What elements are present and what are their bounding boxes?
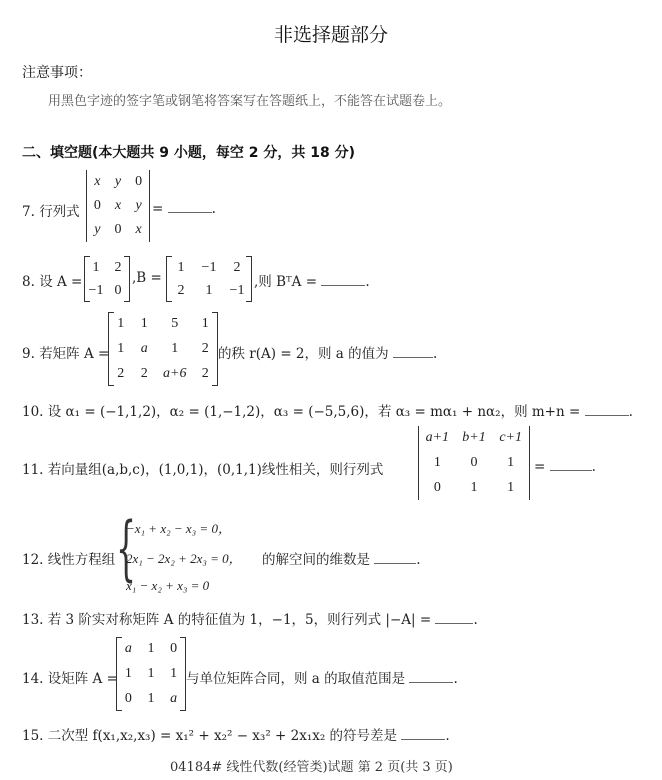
answer-blank-q11[interactable]	[550, 458, 592, 471]
section-heading: 二、填空题(本大题共 9 小题，每空 2 分，共 18 分)	[22, 142, 355, 162]
question-text: 14. 设矩阵 A =	[22, 667, 118, 687]
question-text: 的解空间的维数是	[262, 552, 370, 568]
page-title: 非选择题部分	[0, 20, 662, 47]
period: .	[212, 201, 216, 217]
period: .	[365, 274, 369, 290]
period: .	[629, 404, 633, 420]
period: .	[445, 728, 449, 744]
answer-blank-q9[interactable]	[393, 345, 433, 358]
answer-blank-q13[interactable]	[435, 611, 473, 624]
notice-heading: 注意事项：	[22, 62, 92, 82]
equals-sign: =	[152, 201, 163, 217]
equation: 2x₁ − 2x₂ + 2x₃ = 0，	[126, 548, 242, 567]
equation: x₁ − x₂ + x₃ = 0	[126, 578, 209, 594]
equals-sign: =	[534, 459, 545, 475]
matrix-a-q8: 12 −10	[84, 256, 130, 302]
answer-blank-q15[interactable]	[401, 727, 445, 740]
period: .	[453, 671, 457, 687]
question-10: 10. 设 α₁ = (−1,1,2)，α₂ = (1,−1,2)，α₃ = (…	[22, 400, 633, 420]
period: .	[416, 552, 420, 568]
question-text: 10. 设 α₁ = (−1,1,2)，α₂ = (1,−1,2)，α₃ = (…	[22, 404, 580, 420]
question-text: ,B =	[132, 270, 162, 286]
answer-blank-q12[interactable]	[374, 551, 416, 564]
question-text: 15. 二次型 f(x₁,x₂,x₃) = x₁² + x₂² − x₃² + …	[22, 728, 397, 744]
question-text: 行列式	[39, 204, 80, 220]
question-13: 13. 若 3 阶实对称矩阵 A 的特征值为 1，−1，5，则行列式 |−A| …	[22, 608, 478, 628]
question-number: 9.	[22, 346, 35, 362]
answer-blank-q8[interactable]	[321, 273, 365, 286]
answer-blank-q14[interactable]	[409, 670, 453, 683]
period: .	[473, 612, 477, 628]
question-text: 的秩 r(A) = 2，则 a 的值为	[218, 346, 389, 362]
matrix-q9: 1151 1a12 22a+62	[108, 312, 218, 386]
question-number: 7.	[22, 204, 35, 220]
question-text: ,则 BᵀA =	[254, 274, 317, 290]
question-text: 11. 若向量组(a,b,c)，(1,0,1)，(0,1,1)线性相关，则行列式	[22, 458, 383, 478]
page-footer: 04184# 线性代数(经管类)试题 第 2 页(共 3 页)	[170, 756, 453, 775]
question-number: 8.	[22, 274, 35, 290]
equation: −x₁ + x₂ − x₃ = 0，	[126, 518, 231, 537]
notice-text: 用黑色字迹的签字笔或钢笔将答案写在答题纸上，不能答在试题卷上。	[48, 90, 451, 109]
answer-blank-q10[interactable]	[585, 403, 629, 416]
question-text: 13. 若 3 阶实对称矩阵 A 的特征值为 1，−1，5，则行列式 |−A| …	[22, 612, 431, 628]
answer-blank-q7[interactable]	[168, 200, 212, 213]
question-text: 12. 线性方程组	[22, 548, 115, 568]
question-text: 若矩阵 A =	[39, 346, 109, 362]
period: .	[433, 346, 437, 362]
determinant-q7: xy0 0xy y0x	[86, 170, 150, 242]
matrix-q14: a10 111 01a	[116, 637, 186, 711]
period: .	[592, 459, 596, 475]
question-15: 15. 二次型 f(x₁,x₂,x₃) = x₁² + x₂² − x₃² + …	[22, 724, 450, 744]
determinant-q11: a+1b+1c+1 101 011	[418, 426, 530, 500]
matrix-b-q8: 1−12 21−1	[166, 256, 252, 302]
question-text: 与单位矩阵合同，则 a 的取值范围是	[186, 671, 405, 687]
question-text: 设 A =	[39, 274, 82, 290]
